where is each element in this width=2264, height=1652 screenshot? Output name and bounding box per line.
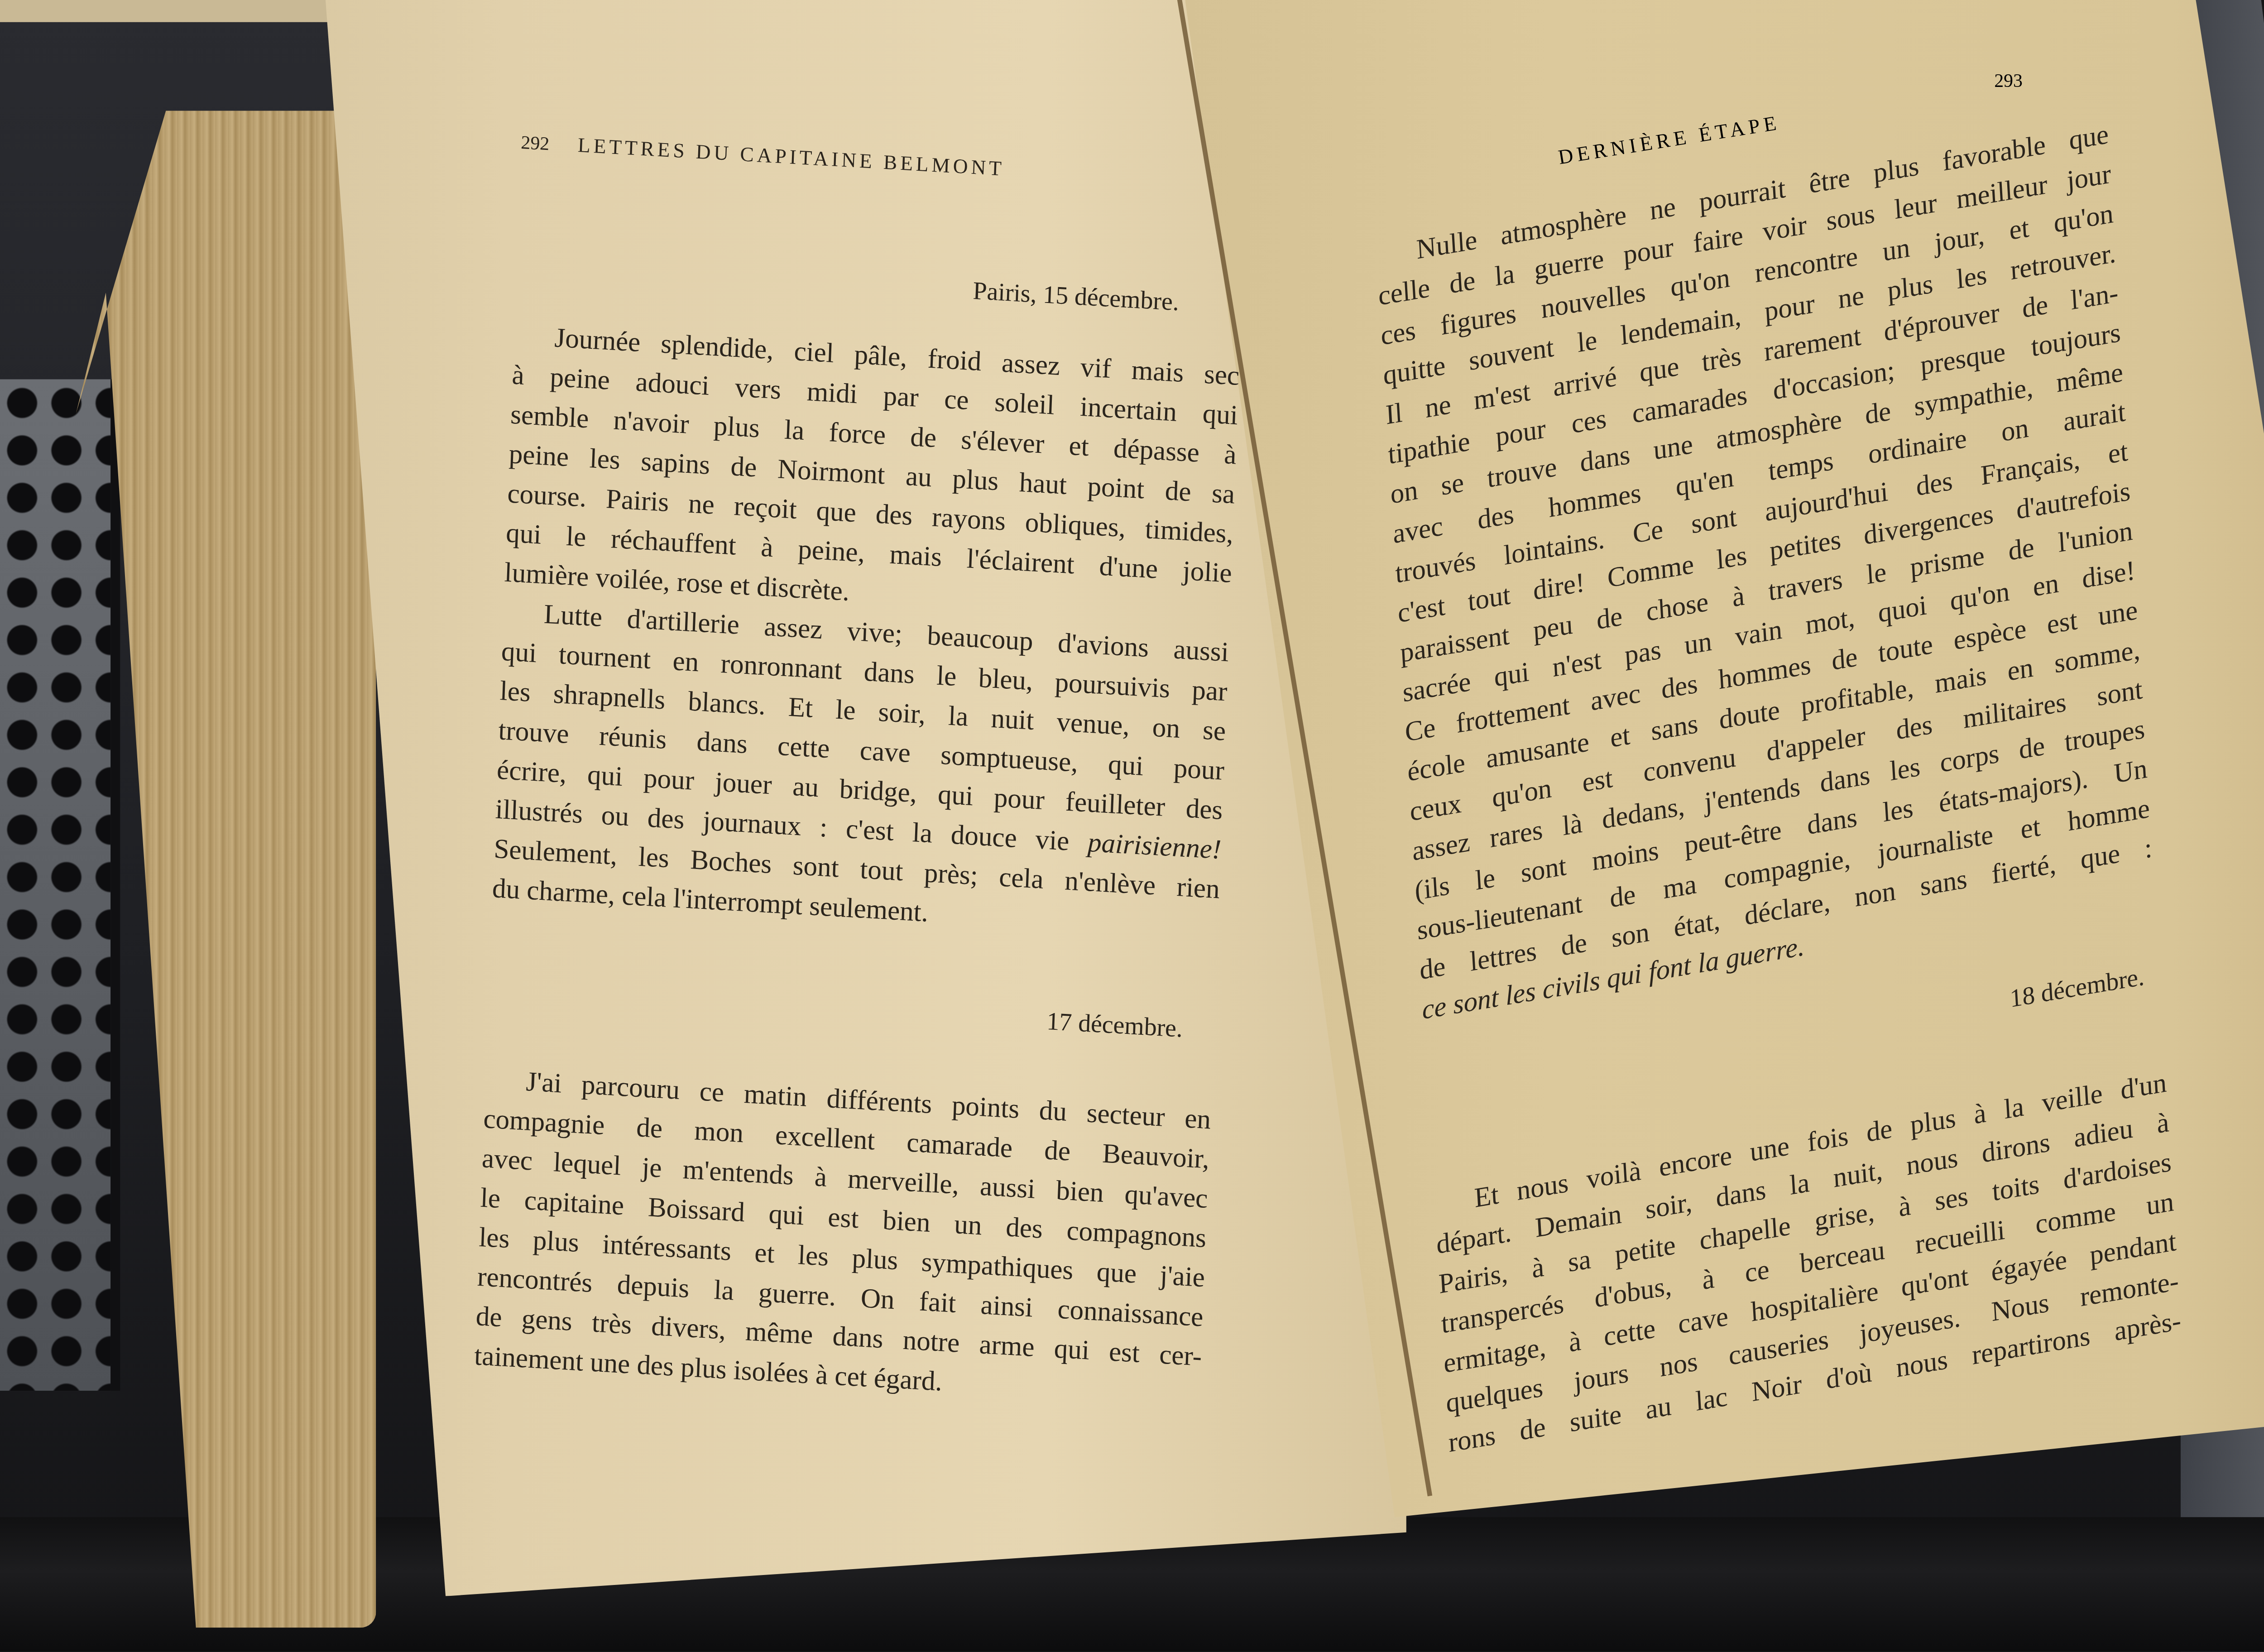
paragraph: Nulle atmosphère ne pourrait être plus f… — [1375, 115, 2156, 1030]
book-page-edges — [76, 110, 376, 1628]
italic-fragment: pairisienne! — [1087, 826, 1222, 865]
paragraph: Lutte d'artillerie assez vive; beaucoup … — [492, 592, 1230, 949]
right-page-number: 293 — [1994, 70, 2023, 93]
paragraph: J'ai parcouru ce matin différents points… — [474, 1060, 1212, 1416]
background-perforated-grill — [0, 379, 120, 1391]
right-page-text: Nulle atmosphère ne pourrait être plus f… — [1375, 115, 2182, 1463]
photo-scene: 292 LETTRES DU CAPITAINE BELMONT Pairis,… — [0, 0, 2264, 1652]
paragraph: Journée splendide, ciel pâle, froid asse… — [504, 316, 1240, 633]
left-page-text: 292 LETTRES DU CAPITAINE BELMONT Pairis,… — [474, 130, 1247, 1416]
left-page-number: 292 — [520, 131, 550, 157]
